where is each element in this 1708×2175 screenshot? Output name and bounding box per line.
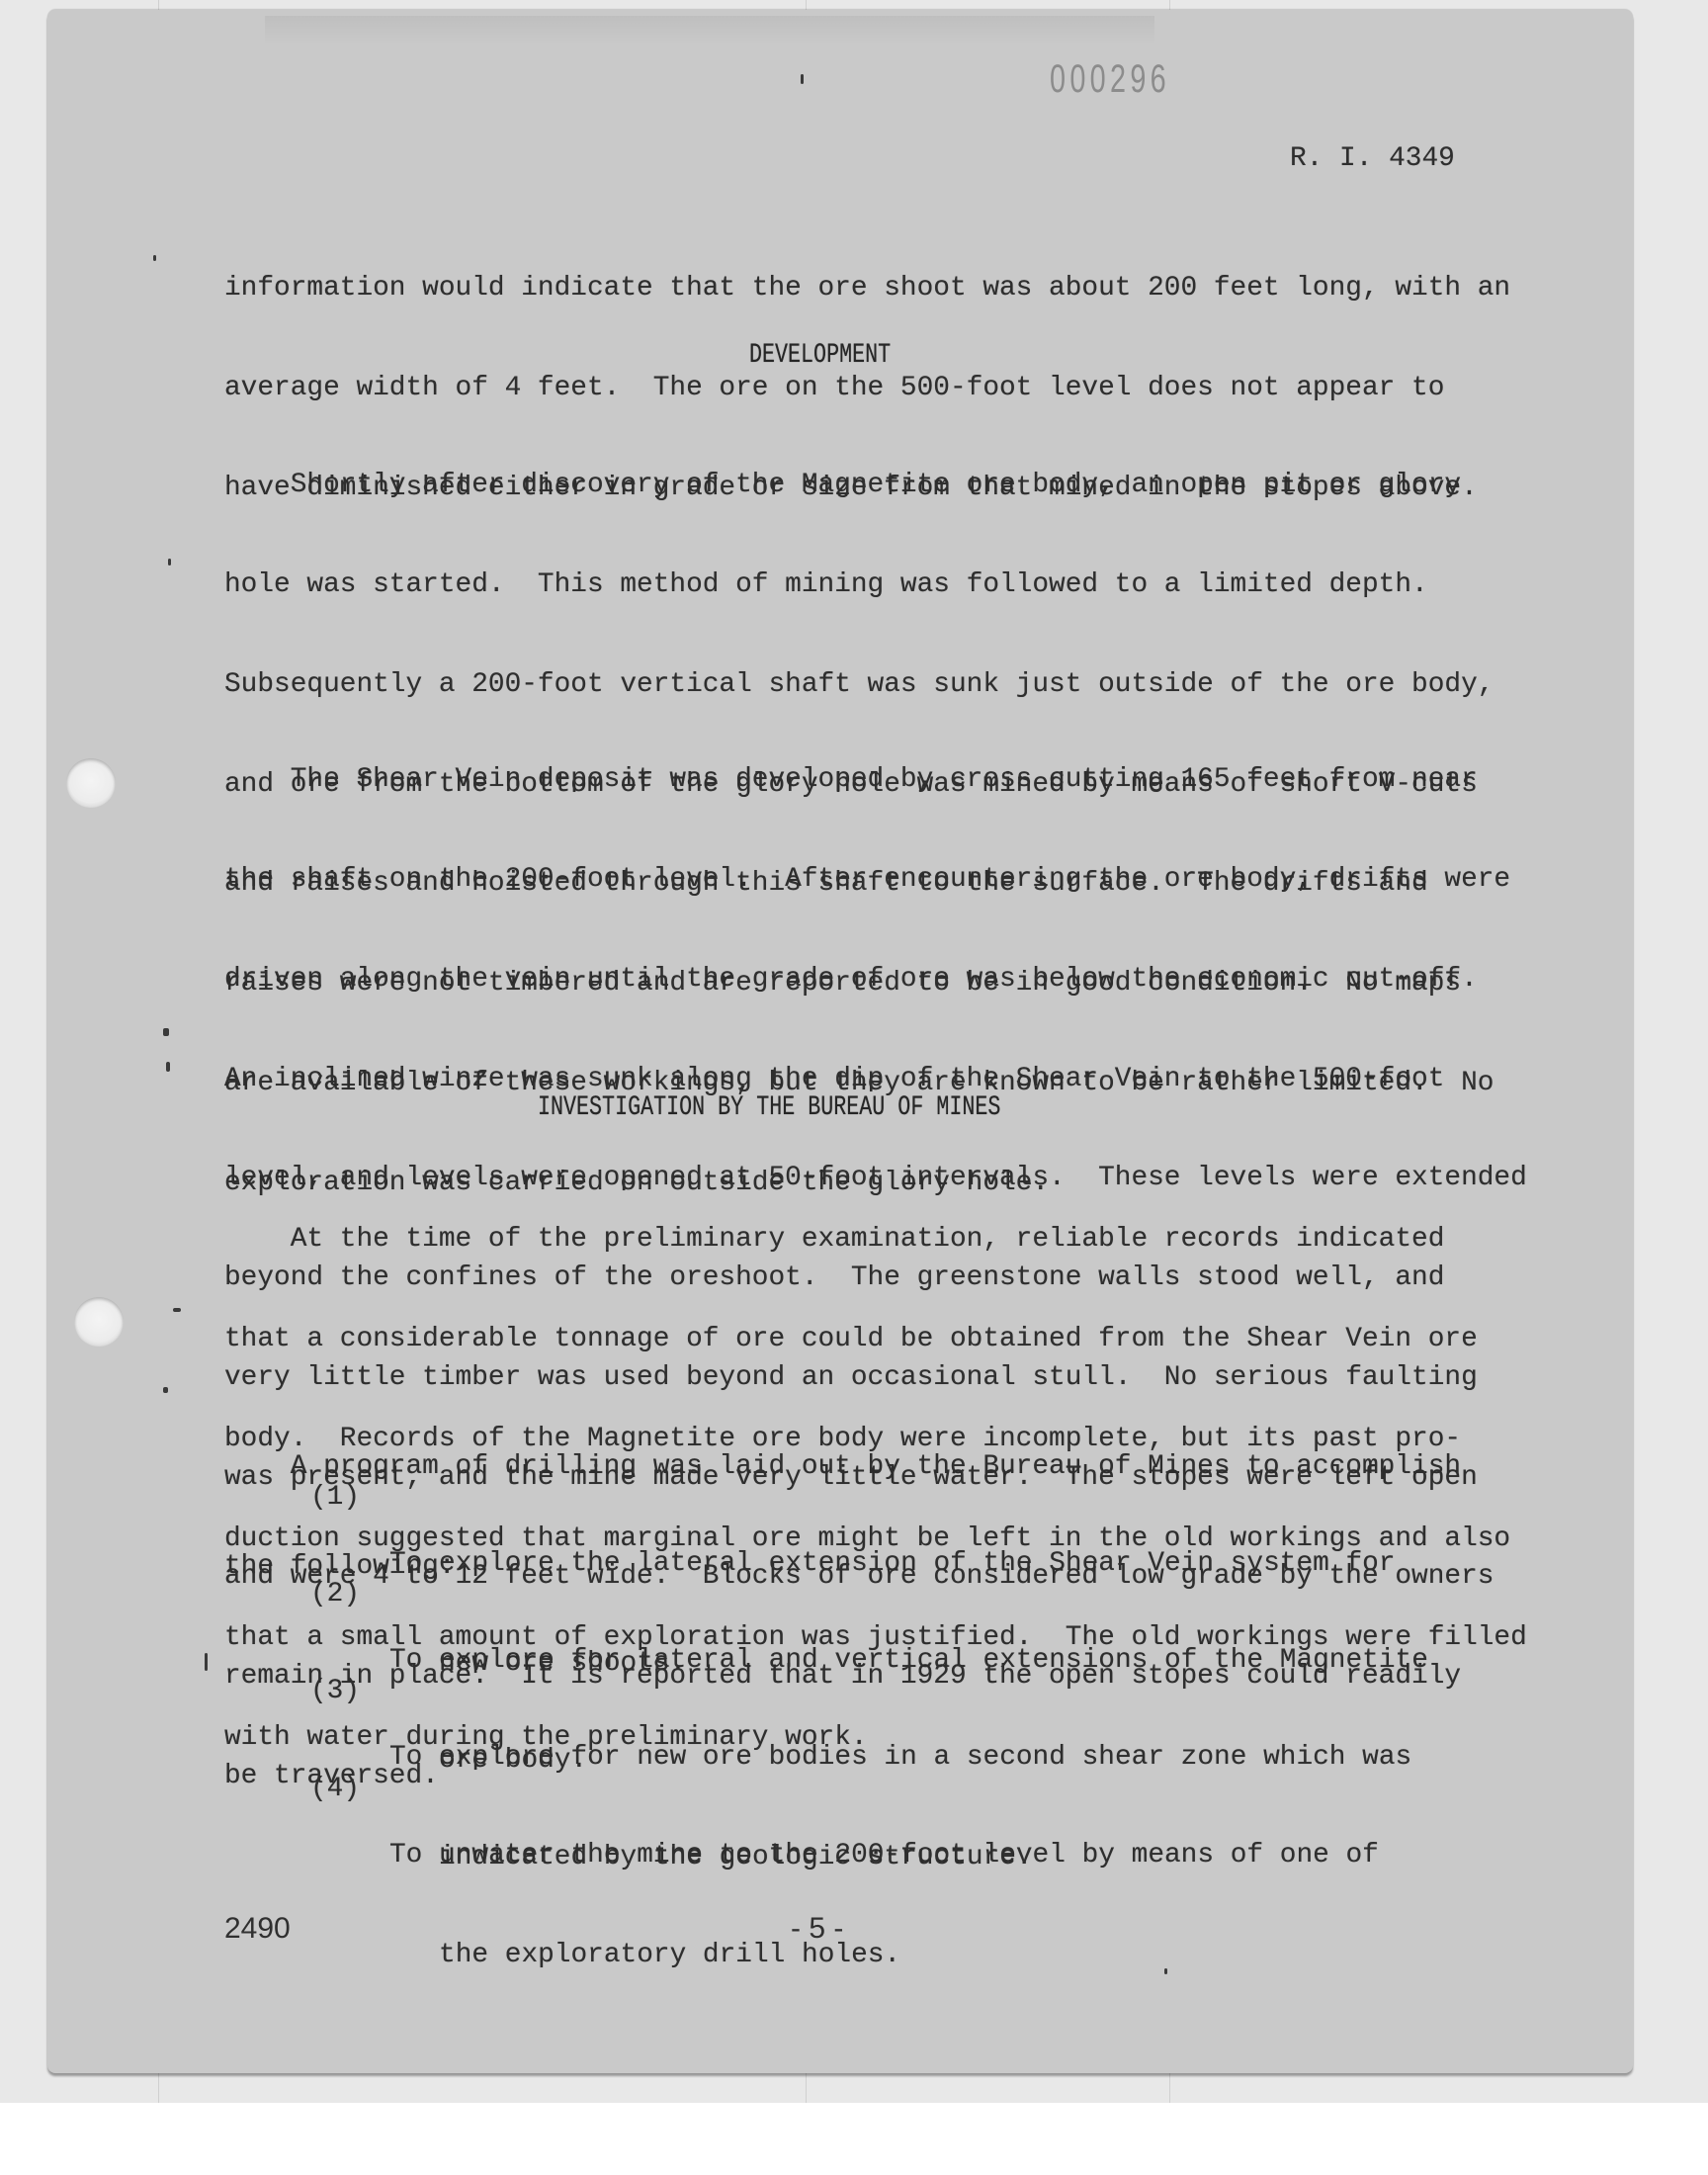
bleed-through-shading bbox=[265, 16, 1154, 45]
scan-speck bbox=[173, 1308, 181, 1312]
archive-stamp-number: 000296 bbox=[1050, 57, 1170, 102]
scan-speck bbox=[205, 1653, 208, 1671]
text-line: the exploratory drill holes. bbox=[389, 1939, 1379, 1972]
document-code: 2490 bbox=[224, 1912, 291, 1946]
page-number: - 5 - bbox=[791, 1912, 843, 1946]
objective-number: (4) bbox=[310, 1773, 360, 1806]
text-line: The Shear Vein deposit was developed by … bbox=[224, 763, 1527, 797]
text-line: An inclined winze was sunk along the dip… bbox=[224, 1063, 1527, 1096]
scan-speck bbox=[801, 74, 804, 84]
section-heading-development: DEVELOPMENT bbox=[749, 340, 891, 371]
objective-item-3: (3) To explore for new ore bodies in a s… bbox=[310, 1675, 343, 1775]
report-id: R. I. 4349 bbox=[1290, 142, 1455, 176]
text-line: To unwater the mine to the 200-foot leve… bbox=[389, 1839, 1379, 1872]
scan-speck bbox=[1164, 1968, 1167, 1974]
scan-speck bbox=[163, 1387, 168, 1393]
text-line: that a considerable tonnage of ore could… bbox=[224, 1323, 1527, 1356]
text-line: To explore for lateral and vertical exte… bbox=[389, 1644, 1428, 1678]
text-line: A program of drilling was laid out by th… bbox=[224, 1450, 1461, 1484]
text-line: the shaft on the 200-foot level. After e… bbox=[224, 863, 1527, 897]
text-line: At the time of the preliminary examinati… bbox=[224, 1223, 1527, 1257]
scan-speck bbox=[166, 1062, 170, 1072]
text-line: driven along the vein until the grade of… bbox=[224, 963, 1527, 997]
scan-speck bbox=[163, 1028, 169, 1036]
text-line: To explore for new ore bodies in a secon… bbox=[389, 1741, 1411, 1775]
objective-item-1: (1) To explore the lateral extension of … bbox=[310, 1481, 343, 1581]
text-line: Shortly after discovery of the Magnetite… bbox=[224, 469, 1494, 502]
punch-hole-top bbox=[66, 758, 116, 808]
punch-hole-bottom bbox=[74, 1297, 124, 1347]
scan-speck bbox=[168, 559, 171, 565]
objective-item-2: (2) To explore for lateral and vertical … bbox=[310, 1578, 343, 1678]
text-line: average width of 4 feet. The ore on the … bbox=[224, 372, 1510, 405]
text-line: information would indicate that the ore … bbox=[224, 272, 1510, 305]
objective-number: (3) bbox=[310, 1675, 360, 1708]
text-line: hole was started. This method of mining … bbox=[224, 568, 1494, 602]
text-line: To explore the lateral extension of the … bbox=[389, 1547, 1396, 1581]
section-heading-investigation: INVESTIGATION BY THE BUREAU OF MINES bbox=[538, 1092, 1000, 1123]
objective-number: (2) bbox=[310, 1578, 360, 1611]
objective-number: (1) bbox=[310, 1481, 360, 1515]
scan-speck bbox=[153, 255, 156, 261]
objective-item-4: (4) To unwater the mine to the 200-foot … bbox=[310, 1773, 343, 1872]
